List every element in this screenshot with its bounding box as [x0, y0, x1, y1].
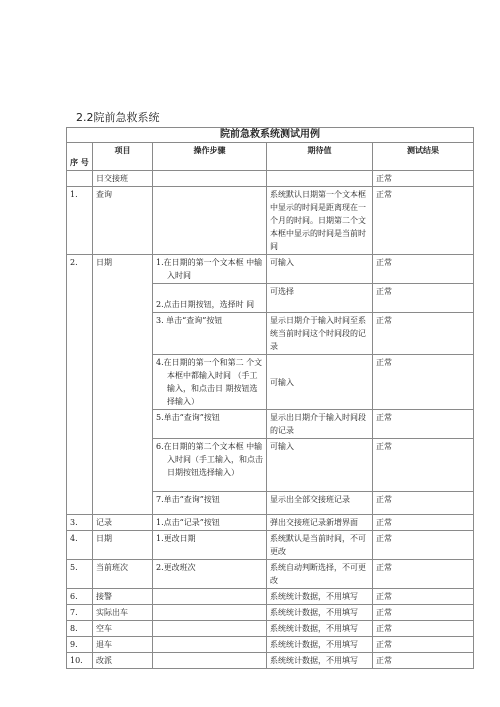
cell-result: 正常: [373, 653, 474, 669]
cell-item: 空车: [93, 621, 153, 637]
cell-result: 正常: [373, 560, 474, 589]
cell-expected: 系统默认日期第一个文本框中显示的时间是距离现在一个月的时间。日期第二个文本框中显…: [267, 187, 373, 255]
cell-expected: 可输入: [267, 439, 373, 492]
table-row: 9. 退车 系统统计数据，不用填写 正常: [67, 637, 474, 653]
table-row: 1. 查询 系统默认日期第一个文本框中显示的时间是距离现在一个月的时间。日期第二…: [67, 187, 474, 255]
cell-result: 正常: [373, 605, 474, 621]
cell-result: 正常: [373, 439, 474, 492]
cell-item: 查询: [93, 187, 153, 255]
cell-step: [153, 187, 267, 255]
cell-result: 正常: [373, 187, 474, 255]
cell-seq: 10.: [67, 653, 93, 669]
cell-item: 当前班次: [93, 560, 153, 589]
test-case-table: 院前急救系统测试用例 序 号 项目 操作步骤 期待值 测试结果 日交接班 正常 …: [66, 127, 474, 669]
cell-item: 退车: [93, 637, 153, 653]
cell-expected: 显示出日期介于输入时间段的记录: [267, 410, 373, 439]
cell-step: [153, 589, 267, 605]
cell-result: 正常: [373, 637, 474, 653]
cell-expected: 系统自动判断选择，不可更改: [267, 560, 373, 589]
cell-result: 正常: [373, 284, 474, 313]
cell-expected: 可输入: [267, 255, 373, 284]
cell-step: 2.点击日期按钮，选择时 间: [153, 284, 267, 313]
cell-expected: 系统统计数据，不用填写: [267, 621, 373, 637]
cell-expected: 系统统计数据，不用填写: [267, 653, 373, 669]
cell-item: 日交接班: [93, 171, 153, 187]
cell-item: 日期: [93, 531, 153, 560]
table-row: 4. 日期 1.更改日期 系统默认是当前时间，不可更改 正常: [67, 531, 474, 560]
cell-seq: [67, 171, 93, 187]
cell-expected: 系统统计数据，不用填写: [267, 589, 373, 605]
cell-result: 正常: [373, 255, 474, 284]
table-row: 3. 记录 1.点击“记录”按钮 弹出交接班记录新增界面 正常: [67, 515, 474, 531]
cell-item: 实际出车: [93, 605, 153, 621]
cell-seq: 1.: [67, 187, 93, 255]
cell-result: 正常: [373, 621, 474, 637]
cell-result: 正常: [373, 492, 474, 515]
cell-step: [153, 171, 267, 187]
cell-seq: 8.: [67, 621, 93, 637]
cell-expected: 可选择: [267, 284, 373, 313]
cell-item: 日期: [93, 255, 153, 515]
header-result: 测试结果: [373, 143, 474, 171]
cell-item: 记录: [93, 515, 153, 531]
cell-expected: 弹出交接班记录新增界面: [267, 515, 373, 531]
cell-result: 正常: [373, 313, 474, 355]
cell-step: 1.更改日期: [153, 531, 267, 560]
cell-step: 4.在日期的第一个和第二 个文本框中都输入时间 （手工输入，和点击日 期按钮选择…: [153, 355, 267, 410]
table-header-row: 序 号 项目 操作步骤 期待值 测试结果: [67, 143, 474, 171]
cell-seq: 7.: [67, 605, 93, 621]
table-row: 2. 日期 1.在日期的第一个文本框 中输入时间 可输入 正常: [67, 255, 474, 284]
cell-step: 2.更改班次: [153, 560, 267, 589]
cell-result: 正常: [373, 355, 474, 410]
cell-step: 5.单击“查询”按钮: [153, 410, 267, 439]
cell-result: 正常: [373, 531, 474, 560]
cell-step: 1.在日期的第一个文本框 中输入时间: [153, 255, 267, 284]
cell-seq: 2.: [67, 255, 93, 515]
table-row: 6. 接警 系统统计数据，不用填写 正常: [67, 589, 474, 605]
cell-result: 正常: [373, 515, 474, 531]
cell-expected: [267, 171, 373, 187]
table-title-row: 院前急救系统测试用例: [67, 128, 474, 143]
cell-step: 1.点击“记录”按钮: [153, 515, 267, 531]
header-steps: 操作步骤: [153, 143, 267, 171]
cell-step: [153, 605, 267, 621]
cell-item: 接警: [93, 589, 153, 605]
table-row: 5. 当前班次 2.更改班次 系统自动判断选择，不可更改 正常: [67, 560, 474, 589]
cell-result: 正常: [373, 589, 474, 605]
cell-expected: 可输入: [267, 355, 373, 410]
cell-seq: 9.: [67, 637, 93, 653]
section-title: 2.2院前急救系统: [76, 109, 160, 125]
cell-expected: 系统统计数据，不用填写: [267, 637, 373, 653]
cell-item: 改派: [93, 653, 153, 669]
cell-expected: 系统统计数据，不用填写: [267, 605, 373, 621]
cell-expected: 系统默认是当前时间，不可更改: [267, 531, 373, 560]
cell-step: [153, 621, 267, 637]
header-expected: 期待值: [267, 143, 373, 171]
table-group-row: 日交接班 正常: [67, 171, 474, 187]
cell-seq: 3.: [67, 515, 93, 531]
table-row: 8. 空车 系统统计数据，不用填写 正常: [67, 621, 474, 637]
cell-step: [153, 653, 267, 669]
cell-result: 正常: [373, 410, 474, 439]
cell-step: 3. 单击“查询”按钮: [153, 313, 267, 355]
cell-seq: 4.: [67, 531, 93, 560]
cell-seq: 5.: [67, 560, 93, 589]
cell-result: 正常: [373, 171, 474, 187]
cell-expected: 显示出全部交接班记录: [267, 492, 373, 515]
table-row: 7. 实际出车 系统统计数据，不用填写 正常: [67, 605, 474, 621]
cell-step: 6.在日期的第二个文本框 中输入时间（手工输入，和点击日期按钮选择输入）: [153, 439, 267, 492]
header-item: 项目: [93, 143, 153, 171]
cell-step: [153, 637, 267, 653]
cell-seq: 6.: [67, 589, 93, 605]
cell-step: 7.单击“查询”按钮: [153, 492, 267, 515]
header-seq: 序 号: [67, 143, 93, 171]
cell-expected: 显示日期介于输入时间至系统当前时间这个时间段的记录: [267, 313, 373, 355]
table-title: 院前急救系统测试用例: [67, 128, 474, 143]
table-row: 10. 改派 系统统计数据，不用填写 正常: [67, 653, 474, 669]
